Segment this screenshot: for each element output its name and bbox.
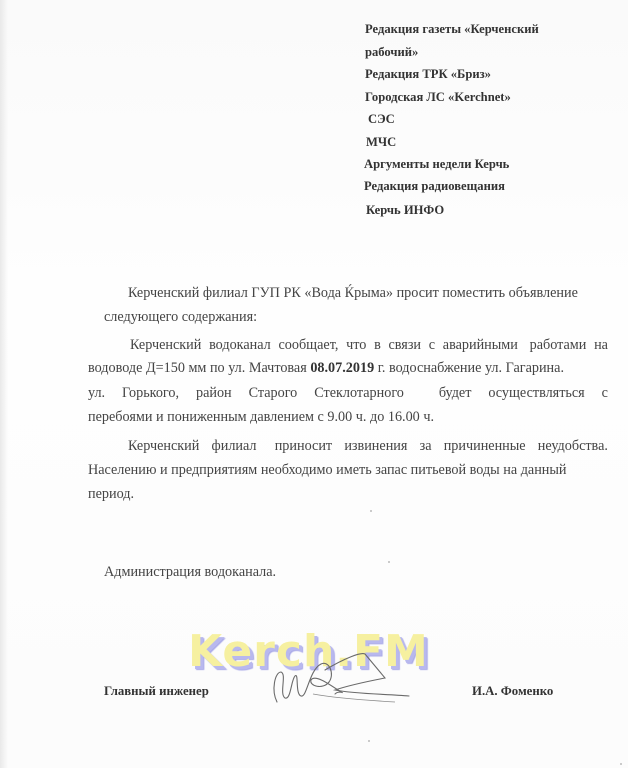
recipient-line: СЭС [368,112,395,127]
scan-speck [370,510,372,512]
announcement-line-4: перебоями и пониженным давлением с 9.00 … [88,409,434,426]
announcement-line-1: Керченский водоканал сообщает, что в свя… [130,337,608,354]
recipient-line: МЧС [366,135,396,150]
signatory-name: И.А. Фоменко [472,684,553,699]
intro-line-1: Керченский филиал ГУП РК «Вода Ќрыма» пр… [128,285,578,302]
outage-date: 08.07.2019 [310,360,374,376]
closing-line: Администрация водоканала. [104,564,276,581]
recipient-line: Городская ЛС «Kerchnet» [365,90,511,105]
recipient-line: Редакция газеты «Керченский [365,22,539,37]
announcement-line-3: ул. Горького, район Старого Стеклотарног… [88,385,608,402]
recipient-line: Редакция ТРК «Бриз» [365,67,491,82]
apology-line-2: Населению и предприятиям необходимо имет… [88,462,567,479]
apology-line-3: период. [88,486,134,503]
announcement-line-2: водоводе Д=150 мм по ул. Мачтовая 08.07.… [88,360,564,377]
recipient-line: рабочий» [365,45,418,60]
scan-speck [388,561,390,563]
handwritten-signature-icon [265,650,415,710]
scan-speck [620,763,622,765]
scan-speck [368,740,370,742]
scan-edge-shadow [0,0,8,768]
apology-line-1: Керченский филиал приносит извинения за … [128,438,608,455]
recipient-line: Аргументы недели Керчь [364,157,509,172]
recipient-line: Редакция радиовещания [364,179,505,194]
signatory-title: Главный инженер [104,684,209,699]
recipient-line: Керчь ИНФО [366,203,444,218]
document-page: Редакция газеты «Керченский рабочий» Ред… [0,0,628,768]
intro-line-2: следующего содержания: [104,309,257,326]
